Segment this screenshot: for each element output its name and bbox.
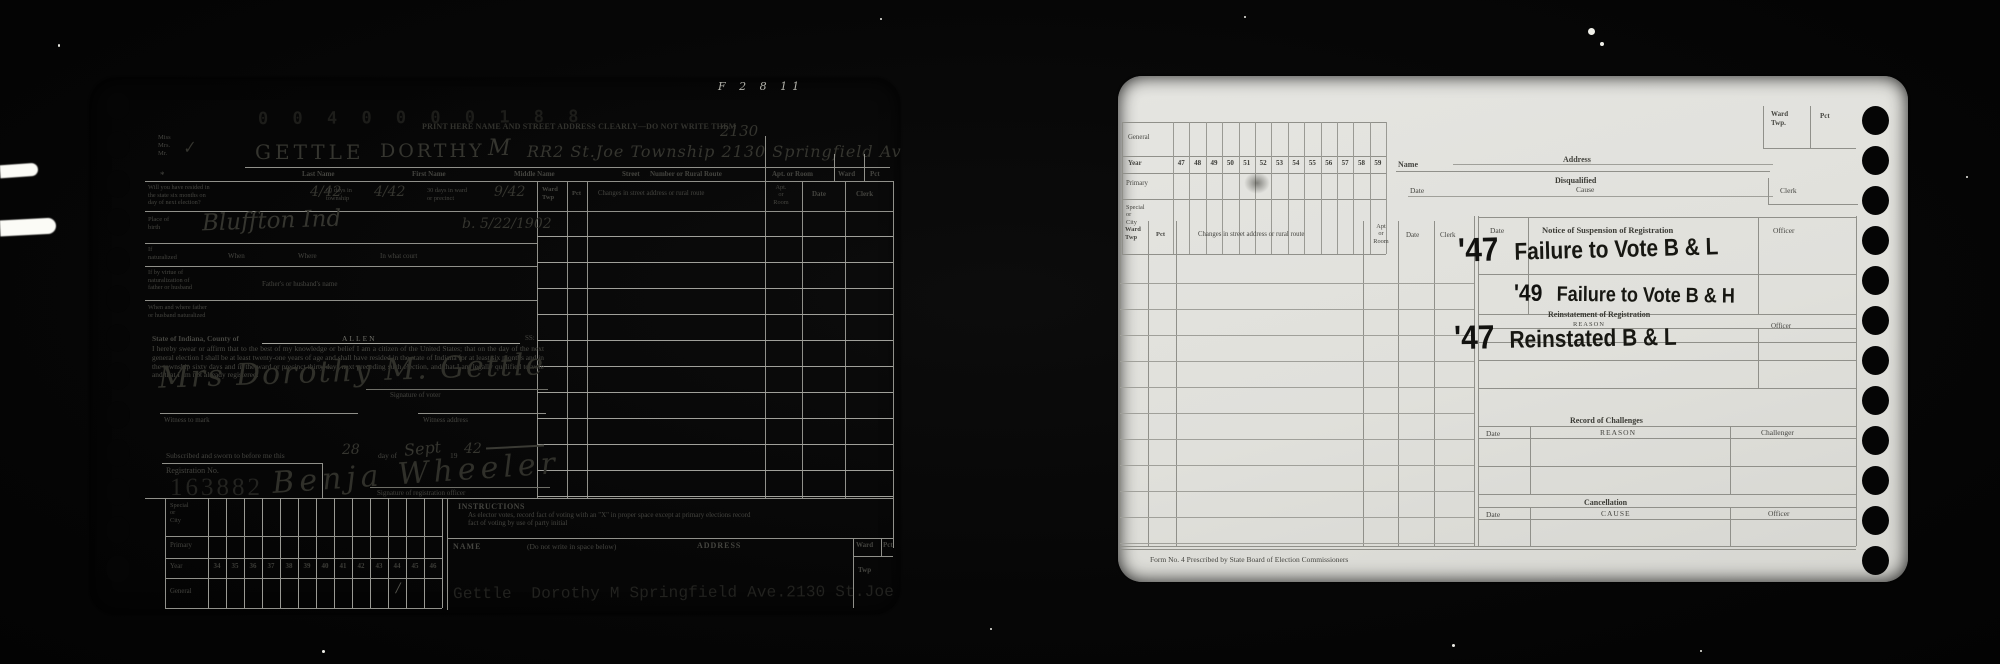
rule-line <box>1122 254 1386 255</box>
rule-line <box>165 558 442 559</box>
challenges-date-label: Date <box>1486 429 1500 438</box>
rule-line <box>145 181 893 182</box>
sprocket-hole <box>1862 506 1889 535</box>
signature-line <box>366 389 548 390</box>
rule-line <box>1478 360 1856 361</box>
rule-line <box>1408 196 1773 197</box>
challenges-title: Record of Challenges <box>1570 416 1643 425</box>
rule-line <box>1763 106 1764 148</box>
year-cell: 51 <box>1239 159 1255 167</box>
changes-header-line: Ward <box>1125 226 1141 233</box>
reinstatement-title: Reinstatement of Registration <box>1548 310 1650 319</box>
sprocket-hole <box>1862 466 1889 495</box>
year-cell: 57 <box>1337 159 1353 167</box>
microfilm-frame: F 2 8 11 PRINT HERE NAME AND STREET ADDR… <box>0 0 2000 664</box>
film-scratch <box>0 163 38 179</box>
year-cell: 36 <box>244 562 262 570</box>
address-correction-handwriting: 2130 <box>720 122 758 140</box>
corner-label-line: Twp. <box>1771 119 1786 127</box>
voter-signature-label: Signature of voter <box>390 391 441 399</box>
birth-place-handwriting: Bluffton Ind <box>202 206 342 237</box>
changes-address-label: Changes in street address or rural route <box>1198 231 1304 238</box>
registration-card-front: F 2 8 11 PRINT HERE NAME AND STREET ADDR… <box>90 78 900 614</box>
stamp-text: Failure to Vote B & L <box>1514 232 1719 266</box>
sprocket-hole <box>106 439 130 467</box>
entry-last-name: GETTLE <box>255 140 365 164</box>
year-cell: 45 <box>406 562 424 570</box>
residency-answer-ward: 9/42 <box>494 184 525 200</box>
changes-date-label: Date <box>1406 231 1419 239</box>
label-pct: Pct <box>870 170 880 178</box>
sworn-prefix: Subscribed and sworn to before me this <box>166 451 285 460</box>
changes-pct-label: Pct <box>1156 231 1165 238</box>
row-label-year: Year <box>1128 160 1142 167</box>
label-middle-name: Middle Name <box>514 170 555 178</box>
rule-line <box>1396 171 1770 172</box>
year-cell: 41 <box>334 562 352 570</box>
entry-middle-name: M <box>488 136 511 161</box>
officer-signature-label: Signature of registration officer <box>377 489 465 497</box>
rule-line <box>1763 148 1856 149</box>
year-cell: 38 <box>280 562 298 570</box>
sprocket-hole <box>1862 226 1889 255</box>
instructions-line1: As elector votes, record fact of voting … <box>468 511 751 519</box>
row-label-special-city: Special or City <box>170 502 200 524</box>
sprocket-hole <box>1862 386 1889 415</box>
rule-line <box>1478 217 1856 218</box>
label-ward: Ward <box>838 170 855 178</box>
row-label-line: City <box>170 517 181 524</box>
sprocket-hole <box>106 208 130 236</box>
film-speck <box>1600 42 1604 46</box>
film-speck <box>1588 28 1595 35</box>
disqualified-date-label: Date <box>1410 186 1424 195</box>
naturalized-court: In what court <box>380 252 417 260</box>
rule-line <box>1530 426 1531 494</box>
sprocket-hole <box>106 555 130 583</box>
label-last-name: Last Name <box>302 170 334 178</box>
rule-line <box>1478 388 1856 389</box>
virtue-label-line: naturalization of <box>148 277 189 284</box>
father-naturalized-line: When and where father <box>148 304 207 311</box>
sprocket-hole <box>1862 106 1889 135</box>
blank-grid-rows <box>537 211 893 499</box>
reinstatement-stamp-47: '47 Reinstated B & L <box>1454 318 1681 356</box>
suspension-stamp-47: '47 Failure to Vote B & L <box>1458 228 1724 269</box>
cancellation-title: Cancellation <box>1584 498 1627 507</box>
cancellation-officer-label: Officer <box>1768 509 1790 518</box>
disqualified-title: Disqualified <box>1555 176 1596 185</box>
title-checkmark: ✓ <box>180 137 197 158</box>
sprocket-hole <box>106 478 130 506</box>
row-label-line: City <box>1126 219 1137 226</box>
year-cell: 54 <box>1288 159 1304 167</box>
rule-line <box>145 300 537 301</box>
residency-question-line: the state six months on <box>148 192 206 199</box>
year-cell: 48 <box>1189 159 1205 167</box>
row-label-line: Special <box>1126 204 1145 211</box>
label-apt-room-2: Apt. or Room <box>770 184 792 206</box>
sprocket-hole <box>106 92 130 120</box>
naturalized-where: Where <box>298 252 317 260</box>
instructions-pct-label: Pct <box>883 541 893 549</box>
witness-address-label: Witness address <box>423 416 468 424</box>
instructions-title: INSTRUCTIONS <box>458 502 525 511</box>
rule-line <box>1758 328 1759 388</box>
year-cell: 42 <box>352 562 370 570</box>
label-ward-twp-line: Ward <box>542 186 558 193</box>
sprocket-hole <box>1862 146 1889 175</box>
row-label-line: or <box>170 509 175 516</box>
rule-line <box>165 608 442 609</box>
instructions-note: (Do not write in space below) <box>527 542 616 551</box>
witness-mark-label: Witness to mark <box>164 416 210 424</box>
father-naturalized-line: or husband naturalized <box>148 312 205 319</box>
title-asterisk: * <box>160 170 165 180</box>
residency-60days-label: 60 days in township <box>326 187 372 202</box>
residency-question-line: township <box>326 195 349 202</box>
challenges-challenger-label: Challenger <box>1761 428 1794 437</box>
stamp-year: '49 <box>1514 280 1543 307</box>
sprocket-hole <box>1862 426 1889 455</box>
label-apt-line: Room <box>773 199 788 206</box>
year-cell: 59 <box>1370 159 1386 167</box>
stamp-text: Reinstated B & L <box>1509 323 1677 355</box>
entry-street: RR2 St.Joe Township 2130 Springfield Av <box>527 142 902 161</box>
sprocket-hole <box>1862 186 1889 215</box>
cancellation-cause-label: CAUSE <box>1601 509 1631 518</box>
affidavit-ss: SS: <box>525 334 535 342</box>
sprocket-hole <box>1862 546 1889 575</box>
serial-number-stamp: 0 0 4 0 0 0 0 1 8 8 <box>258 107 586 129</box>
name-label: Name <box>1398 160 1418 169</box>
year-cell: 50 <box>1222 159 1238 167</box>
instructions-name-label: NAME <box>453 542 481 551</box>
rule-line <box>1478 466 1856 467</box>
entry-first-name: DORTHY <box>380 140 485 162</box>
corner-pct: Pct <box>1820 112 1830 120</box>
film-scratch <box>0 218 56 237</box>
year-cell: 35 <box>226 562 244 570</box>
residency-question-line: 60 days in <box>326 187 352 194</box>
rule-line <box>864 154 865 181</box>
stamp-year: '47 <box>1454 319 1495 358</box>
rule-line <box>853 556 893 557</box>
year-values-row: 34 35 36 37 38 39 40 41 42 43 44 45 46 <box>208 562 442 570</box>
rule-line <box>881 538 882 556</box>
sprocket-hole <box>106 170 130 198</box>
changes-header-line: Twp <box>1125 234 1137 241</box>
row-label-year: Year <box>170 563 183 570</box>
label-clerk: Clerk <box>856 190 873 198</box>
year-cell: 53 <box>1271 159 1287 167</box>
year-values-row: 47 48 49 50 51 52 53 54 55 56 57 58 59 <box>1173 159 1386 167</box>
vote-mark-general-44: / <box>396 581 400 596</box>
film-speck <box>58 44 60 47</box>
rule-line <box>1856 216 1857 546</box>
rule-line <box>1120 549 1856 550</box>
label-date: Date <box>812 190 826 198</box>
rule-line <box>1478 426 1856 427</box>
corner-ward-twp: Ward Twp. <box>1771 110 1805 127</box>
signature-line <box>370 487 550 488</box>
year-cell: 39 <box>298 562 316 570</box>
changes-ward-twp-label: Ward Twp <box>1125 226 1149 242</box>
father-husband-name-label: Father's or husband's name <box>262 280 337 288</box>
changes-header-line: Apt <box>1376 223 1385 230</box>
sprocket-hole <box>106 401 130 429</box>
year-cell: 49 <box>1206 159 1222 167</box>
rule-line <box>834 154 835 181</box>
rule-line <box>1478 507 1856 508</box>
residency-question-line: or precinct <box>427 195 454 202</box>
virtue-label-line: If by virtue of <box>148 269 183 276</box>
sprocket-hole <box>1862 346 1889 375</box>
rule-line <box>1478 438 1856 439</box>
residency-30days-label: 30 days in ward or precinct <box>427 187 489 202</box>
residency-answer-township: 4/42 <box>374 184 405 200</box>
label-apt-line: Apt. <box>775 184 786 191</box>
birth-label: Place of birth <box>148 216 188 232</box>
rule-line <box>447 538 893 539</box>
instructions-twp-label: Twp <box>858 566 871 574</box>
film-speck <box>1966 176 1968 178</box>
film-speck <box>1452 644 1455 647</box>
birth-date-handwriting: b. 5/22/1902 <box>462 216 552 232</box>
form-number-note: Form No. 4 Prescribed by State Board of … <box>1150 555 1348 564</box>
corner-label-line: Ward <box>1771 110 1788 118</box>
rule-line <box>1810 106 1811 148</box>
rule-line <box>1768 178 1769 204</box>
rule-line <box>1758 217 1759 314</box>
instructions-ward-label: Ward <box>856 541 873 549</box>
changes-header-line: Room <box>1373 238 1388 245</box>
row-label-general: General <box>170 588 192 595</box>
sprocket-hole <box>106 324 130 352</box>
ink-smudge <box>1244 172 1270 194</box>
rule-line <box>1730 426 1731 494</box>
birth-label-line: Place of <box>148 216 169 223</box>
title-miss: Miss <box>158 134 171 141</box>
rule-line <box>1122 122 1123 254</box>
film-speck <box>880 18 882 20</box>
film-speck <box>1700 650 1702 652</box>
rule-line <box>145 266 537 267</box>
title-mrs: Mrs. <box>158 142 170 149</box>
naturalized-label-line: naturalized <box>148 254 177 261</box>
rule-line <box>765 136 766 181</box>
sprocket-hole <box>106 362 130 390</box>
rule-line <box>1478 494 1856 495</box>
rule-line <box>1478 519 1856 520</box>
label-ward-twp-line: Twp <box>542 194 554 201</box>
label-number-rural-route: Number or Rural Route <box>650 170 722 178</box>
vote-grid-columns <box>208 498 443 608</box>
virtue-label: If by virtue of naturalization of father… <box>148 269 238 292</box>
registration-card-back: General Year Primary Special or City 47 … <box>1118 76 1908 582</box>
year-cell: 56 <box>1321 159 1337 167</box>
residency-question: Will you have resided in the state six m… <box>148 184 240 207</box>
film-speck <box>322 650 325 653</box>
naturalized-label: If naturalized <box>148 246 198 262</box>
year-cell: 43 <box>370 562 388 570</box>
stamp-year: '47 <box>1458 231 1499 270</box>
row-label-primary: Primary <box>1126 180 1148 187</box>
suspension-stamp-49: '49 Failure to Vote B & H <box>1514 282 1740 308</box>
sworn-day-handwriting: 28 <box>342 442 360 458</box>
sprocket-hole <box>1862 266 1889 295</box>
instructions-address-label: ADDRESS <box>697 541 741 550</box>
affidavit-county: ALLEN <box>342 334 377 343</box>
residency-question-line: Will you have resided in <box>148 184 210 191</box>
affidavit-header: State of Indiana, County of <box>152 334 239 343</box>
suspension-officer-label: Officer <box>1773 226 1795 235</box>
row-label-line: or <box>1126 211 1131 218</box>
father-naturalized-label: When and where father or husband natural… <box>148 304 258 319</box>
rule-line <box>893 181 894 548</box>
title-mr: Mr. <box>158 150 167 157</box>
disqualified-cause-label: Cause <box>1576 185 1594 194</box>
rule-line <box>418 413 546 414</box>
virtue-label-line: father or husband <box>148 284 192 291</box>
rule-line <box>165 498 166 608</box>
cancellation-date-label: Date <box>1486 510 1500 519</box>
rule-line <box>1530 507 1531 546</box>
label-ward-twp: Ward Twp <box>542 186 568 202</box>
changes-clerk-label: Clerk <box>1440 231 1456 239</box>
title-options: Miss Mrs. Mr. <box>158 134 182 158</box>
sprocket-hole <box>106 131 130 159</box>
residency-question-line: 30 days in ward <box>427 187 467 194</box>
row-label-special-city: Special or City <box>1126 204 1156 226</box>
row-label-line: Special <box>170 502 189 509</box>
year-cell: 47 <box>1173 159 1189 167</box>
year-cell: 46 <box>424 562 442 570</box>
pencil-annotation: F 2 8 11 <box>718 80 804 93</box>
year-cell: 58 <box>1353 159 1369 167</box>
row-label-general: General <box>1128 134 1150 141</box>
stamp-text: Failure to Vote B & H <box>1557 283 1735 309</box>
rule-line <box>447 498 448 610</box>
rule-line <box>1768 204 1858 205</box>
rule-line <box>1120 546 1856 547</box>
challenges-reason-label: REASON <box>1600 428 1636 437</box>
address-label: Address <box>1563 155 1591 164</box>
naturalized-when: When <box>228 252 245 260</box>
sprocket-hole <box>106 516 130 544</box>
label-street: Street <box>622 170 640 178</box>
film-speck <box>1244 16 1246 18</box>
changes-header-line: or <box>1378 230 1383 237</box>
year-cell: 34 <box>208 562 226 570</box>
label-first-name: First Name <box>412 170 446 178</box>
year-cell: 40 <box>316 562 334 570</box>
row-label-primary: Primary <box>170 542 192 549</box>
year-cell: 52 <box>1255 159 1271 167</box>
rule-line <box>1730 507 1731 546</box>
label-pct-2: Pct <box>572 190 581 197</box>
residency-question-line: day of next election? <box>148 199 201 206</box>
sprocket-hole <box>1862 306 1889 335</box>
label-apt-room: Apt. or Room <box>772 170 813 178</box>
film-speck <box>990 628 992 630</box>
sprocket-hole <box>106 247 130 275</box>
disqualified-clerk-label: Clerk <box>1780 186 1797 195</box>
naturalized-label-line: If <box>148 246 152 253</box>
label-apt-line: or <box>778 191 783 198</box>
sprocket-hole <box>106 285 130 313</box>
label-changes-address: Changes in street address or rural route <box>598 190 704 197</box>
year-cell: 37 <box>262 562 280 570</box>
changes-apt-label: Apt or Room <box>1370 223 1392 245</box>
rule-line <box>1478 314 1856 315</box>
rule-line <box>1478 274 1856 275</box>
rule-line <box>1453 164 1773 165</box>
rule-line <box>160 413 358 414</box>
instructions-line2: fact of voting by use of party initial <box>468 519 567 527</box>
rule-line <box>165 578 442 579</box>
rule-line <box>245 167 890 168</box>
year-cell: 44 <box>388 562 406 570</box>
blank-grid-rows <box>1120 258 1474 546</box>
typed-index-line: Gettle Dorothy M Springfield Ave.2130 St… <box>453 583 894 603</box>
rule-line <box>165 536 442 537</box>
year-cell: 55 <box>1304 159 1320 167</box>
birth-label-line: birth <box>148 224 160 231</box>
rule-line <box>145 243 537 244</box>
